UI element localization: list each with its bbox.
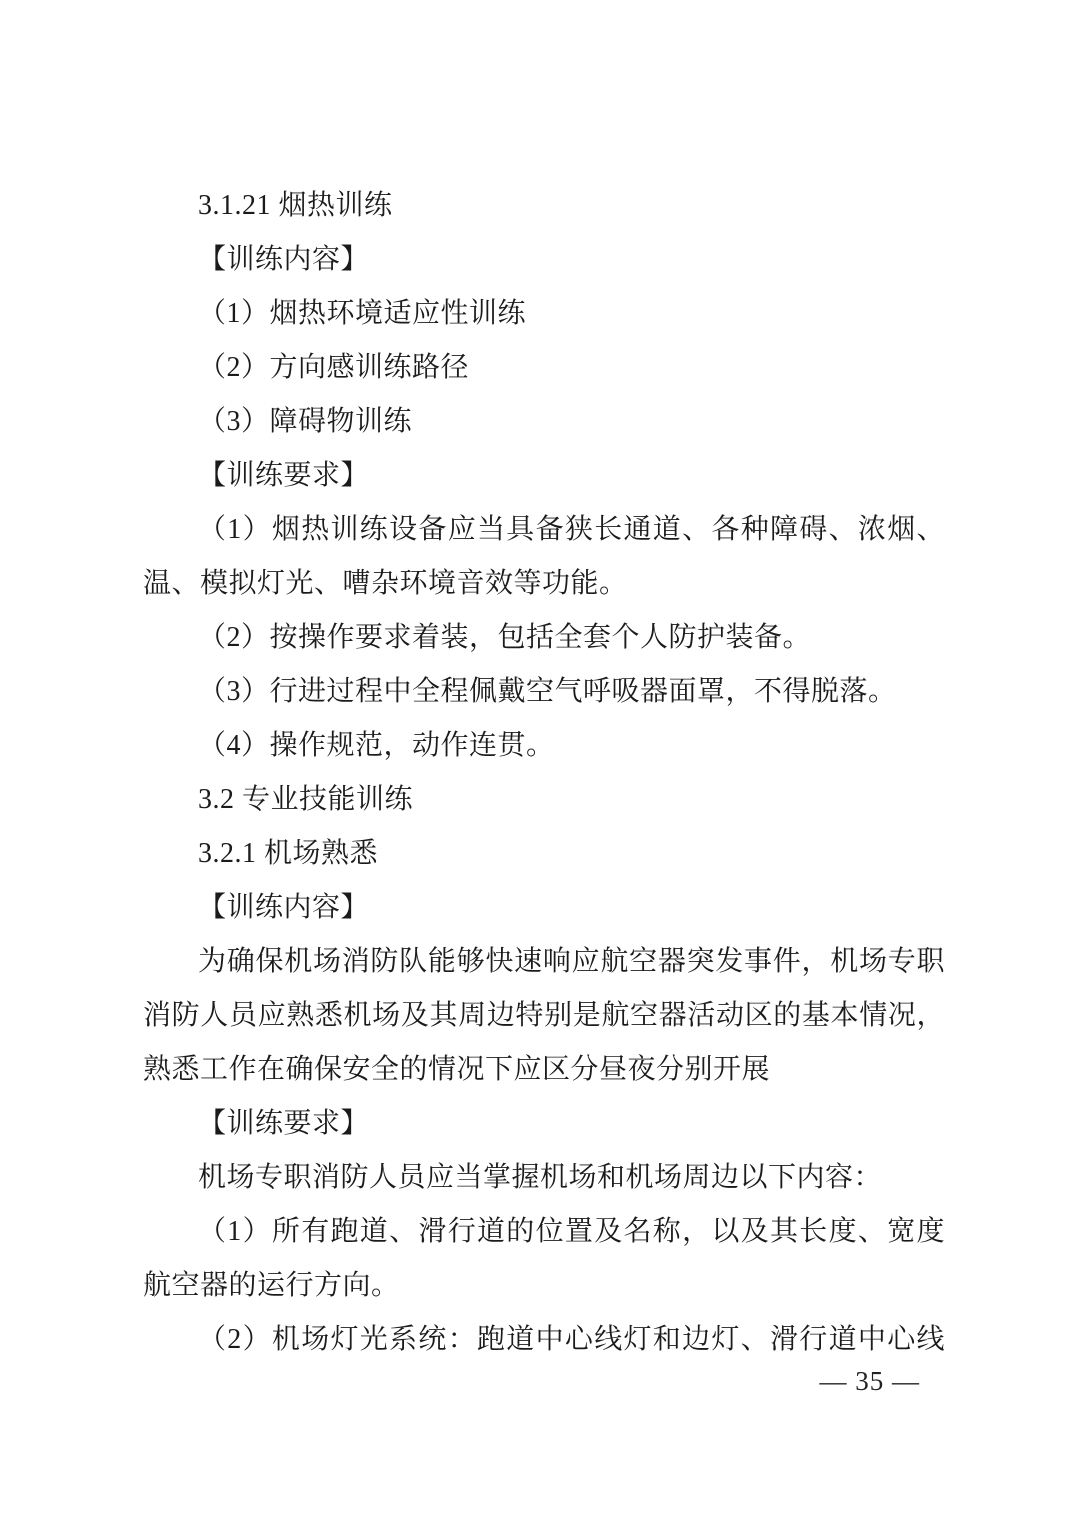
text-line: 熟悉工作在确保安全的情况下应区分昼夜分别开展 <box>143 1043 945 1097</box>
text-line: （1）所有跑道、滑行道的位置及名称，以及其长度、宽度和 <box>143 1205 945 1259</box>
text-line: （3）障碍物训练 <box>143 395 945 449</box>
text-line: 【训练要求】 <box>143 449 945 503</box>
text-line: 航空器的运行方向。 <box>143 1259 945 1313</box>
text-line: （2）按操作要求着装，包括全套个人防护装备。 <box>143 611 945 665</box>
page-number: — 35 — <box>820 1364 921 1398</box>
text-line: 机场专职消防人员应当掌握机场和机场周边以下内容： <box>143 1151 945 1205</box>
text-line: 【训练内容】 <box>143 233 945 287</box>
text-line: 3.2.1 机场熟悉 <box>143 827 945 881</box>
text-line: 为确保机场消防队能够快速响应航空器突发事件，机场专职 <box>143 935 945 989</box>
text-line: （3）行进过程中全程佩戴空气呼吸器面罩，不得脱落。 <box>143 665 945 719</box>
text-line: （1）烟热环境适应性训练 <box>143 287 945 341</box>
text-line: 消防人员应熟悉机场及其周边特别是航空器活动区的基本情况， <box>143 989 945 1043</box>
text-line: （4）操作规范，动作连贯。 <box>143 719 945 773</box>
document-page: 3.1.21 烟热训练【训练内容】（1）烟热环境适应性训练（2）方向感训练路径（… <box>0 0 1080 1528</box>
text-line: 【训练内容】 <box>143 881 945 935</box>
text-line: 3.2 专业技能训练 <box>143 773 945 827</box>
text-line: 3.1.21 烟热训练 <box>143 179 945 233</box>
text-line: （1）烟热训练设备应当具备狭长通道、各种障碍、浓烟、高 <box>143 503 945 557</box>
text-line: 温、模拟灯光、嘈杂环境音效等功能。 <box>143 557 945 611</box>
text-line: （2）机场灯光系统：跑道中心线灯和边灯、滑行道中心线灯 <box>143 1313 945 1367</box>
page-body: 3.1.21 烟热训练【训练内容】（1）烟热环境适应性训练（2）方向感训练路径（… <box>143 179 945 1367</box>
text-line: 【训练要求】 <box>143 1097 945 1151</box>
text-line: （2）方向感训练路径 <box>143 341 945 395</box>
